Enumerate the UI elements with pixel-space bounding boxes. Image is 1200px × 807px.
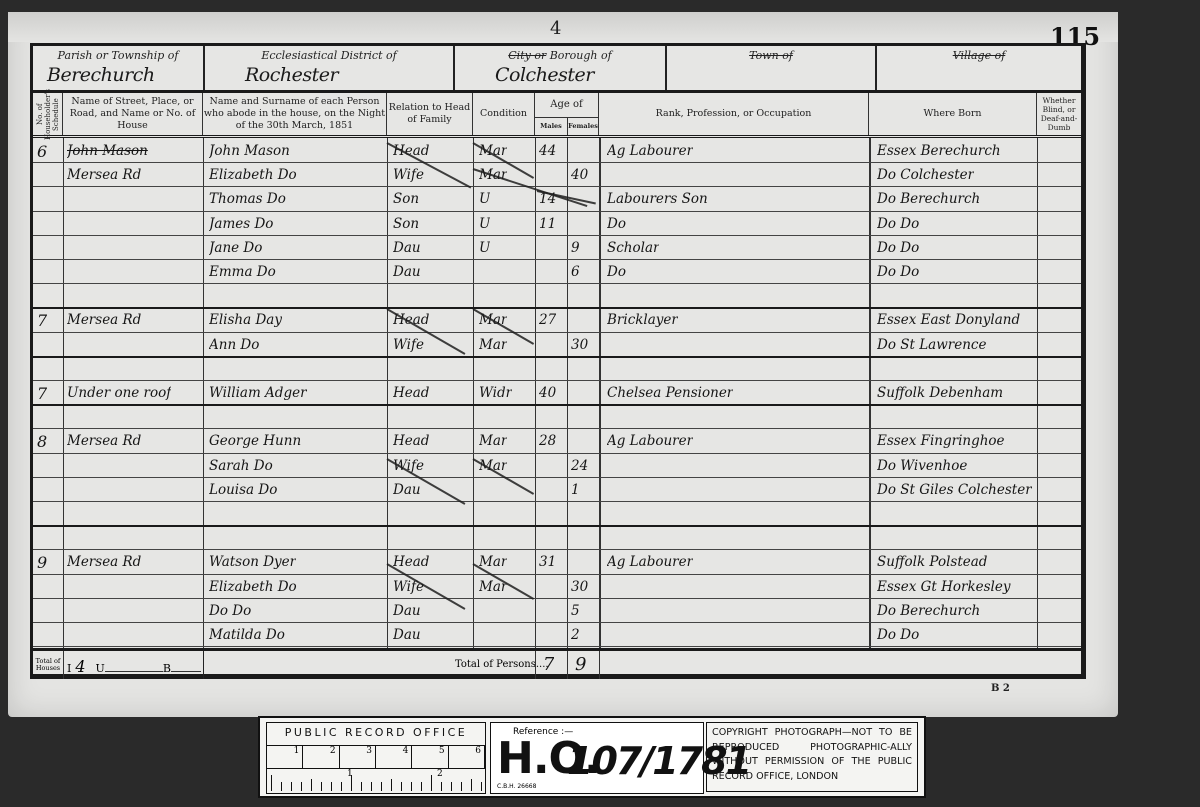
ruler-inch: 1 2 (267, 769, 485, 793)
male-age-cell: 11 (539, 214, 556, 235)
census-rows: 6John MasonJohn MasonHeadMar44Ag Laboure… (33, 138, 1081, 648)
sheet-top-edge (8, 12, 1118, 42)
ruler-tick (481, 782, 482, 791)
street-cell: Mersea Rd (67, 165, 141, 186)
table-row: Do DoDau5Do Berechurch (33, 598, 1081, 623)
table-row (33, 356, 1081, 381)
pro-label-strip: PUBLIC RECORD OFFICE 123456 1 2 Referenc… (258, 716, 926, 798)
condition-cell: Mar (479, 431, 507, 452)
census-sheet: 4 115 Parish or Township of Berechurch E… (8, 12, 1118, 717)
header-relation: Relation to Head of Family (387, 93, 473, 135)
schedule-cell: 7 (37, 310, 47, 331)
schedule-cell: 7 (37, 383, 47, 404)
name-cell: Watson Dyer (209, 552, 296, 573)
table-row: Elizabeth DoWifeMar30Essex Gt Horkesley (33, 574, 1081, 599)
ruler-tick (331, 782, 332, 791)
ruler-tick (461, 782, 462, 791)
reference-cbh: C.B.H. 26668 (497, 783, 536, 790)
ruler-tick (301, 782, 302, 791)
relation-cell: Dau (393, 601, 421, 622)
table-row: 7Mersea RdElisha DayHeadMar27BricklayerE… (33, 307, 1081, 332)
condition-cell: Mar (479, 335, 507, 356)
ruler-tick (381, 782, 382, 791)
ruler-tick (271, 775, 272, 791)
parish-label: Parish or Township of (33, 49, 203, 62)
parish-value: Berechurch (47, 64, 155, 86)
occupation-cell: Do (607, 214, 626, 235)
header-males: Males (535, 117, 568, 135)
schedule-cell: 6 (37, 141, 47, 162)
ruler-tick (341, 782, 342, 791)
ruler-tick (311, 779, 312, 791)
ruler-tick (291, 782, 292, 791)
born-cell: Do Do (877, 214, 919, 235)
born-cell: Do St Lawrence (877, 335, 986, 356)
male-age-cell: 27 (539, 310, 556, 331)
houses-count: I4UB (67, 657, 201, 676)
pro-title: PUBLIC RECORD OFFICE (267, 726, 485, 739)
name-cell: Thomas Do (209, 189, 286, 210)
ruler-tick (281, 782, 282, 791)
table-row: Mersea RdElizabeth DoWifeMar40Do Colches… (33, 162, 1081, 187)
table-row: Ann DoWifeMar30Do St Lawrence (33, 332, 1081, 358)
born-cell: Suffolk Debenham (877, 383, 1003, 404)
table-row: 7Under one roofWilliam AdgerHeadWidr40Ch… (33, 380, 1081, 406)
male-age-cell: 31 (539, 552, 556, 573)
name-cell: Elisha Day (209, 310, 282, 331)
street-cell: Mersea Rd (67, 431, 141, 452)
header-name: Name and Surname of each Person who abod… (203, 93, 387, 135)
female-age-cell: 9 (571, 238, 580, 259)
occupation-cell: Chelsea Pensioner (607, 383, 733, 404)
street-cell: Mersea Rd (67, 552, 141, 573)
female-age-cell: 40 (571, 165, 588, 186)
relation-cell: Wife (393, 335, 424, 356)
born-cell: Do St Giles Colchester (877, 480, 1032, 501)
header-blind: Whether Blind, or Deaf-and-Dumb (1037, 93, 1081, 135)
header-females: Females (567, 117, 599, 135)
relation-cell: Head (393, 431, 429, 452)
condition-cell: U (479, 238, 490, 259)
table-row: Thomas DoSonU14Labourers SonDo Berechurc… (33, 186, 1081, 211)
ruler-tick (411, 782, 412, 791)
village-cell: Village of (877, 46, 1081, 90)
female-age-cell: 2 (571, 625, 580, 646)
schedule-cell: 8 (37, 431, 47, 452)
table-row (33, 501, 1081, 527)
header-occupation: Rank, Profession, or Occupation (599, 93, 869, 135)
pro-ruler: PUBLIC RECORD OFFICE 123456 1 2 (266, 722, 486, 794)
pro-reference: Reference :— H.O. 107/1781 C.B.H. 26668 (490, 722, 704, 794)
table-row: Jane DoDauU9ScholarDo Do (33, 235, 1081, 260)
table-row (33, 404, 1081, 429)
street-cell: Under one roof (67, 383, 171, 404)
born-cell: Essex Berechurch (877, 141, 1001, 162)
table-row: Sarah DoWifeMar24Do Wivenhoe (33, 453, 1081, 478)
ruler-tick (371, 782, 372, 791)
schedule-cell: 9 (37, 552, 47, 573)
table-row (33, 525, 1081, 550)
female-age-cell: 30 (571, 335, 588, 356)
ruler-tick (431, 775, 432, 791)
born-cell: Suffolk Polstead (877, 552, 987, 573)
male-age-cell: 28 (539, 431, 556, 452)
relation-cell: Dau (393, 625, 421, 646)
born-cell: Essex Fingringhoe (877, 431, 1005, 452)
condition-cell: U (479, 189, 490, 210)
occupation-cell: Ag Labourer (607, 141, 693, 162)
relation-cell: Son (393, 214, 419, 235)
ruler-tick (321, 782, 322, 791)
table-row: 9Mersea RdWatson DyerHeadMar31Ag Laboure… (33, 549, 1081, 574)
header-street: Name of Street, Place, or Road, and Name… (63, 93, 203, 135)
location-row: Parish or Township of Berechurch Ecclesi… (33, 46, 1081, 93)
street-cell: Mersea Rd (67, 310, 141, 331)
born-cell: Do Colchester (877, 165, 974, 186)
name-cell: Emma Do (209, 262, 276, 283)
born-cell: Do Berechurch (877, 601, 980, 622)
copyright-notice: COPYRIGHT PHOTOGRAPH—NOT TO BE REPRODUCE… (706, 722, 918, 792)
female-age-cell: 5 (571, 601, 580, 622)
condition-cell: Widr (479, 383, 512, 404)
totals-row: Total of Houses I4UB Total of Persons...… (33, 648, 1081, 679)
born-cell: Do Do (877, 262, 919, 283)
column-header-row: No. of Householder's Schedule Name of St… (33, 93, 1081, 138)
ruler-tick (351, 775, 352, 791)
header-where-born: Where Born (869, 93, 1037, 135)
village-label: Village of (877, 49, 1081, 62)
table-row: 6John MasonJohn MasonHeadMar44Ag Laboure… (33, 138, 1081, 163)
name-cell: Elizabeth Do (209, 577, 297, 598)
occupation-cell: Ag Labourer (607, 431, 693, 452)
table-row: 8Mersea RdGeorge HunnHeadMar28Ag Laboure… (33, 428, 1081, 453)
ruler-tick (391, 779, 392, 791)
female-age-cell: 30 (571, 577, 588, 598)
town-cell: Town of (667, 46, 877, 90)
born-cell: Do Wivenhoe (877, 456, 967, 477)
occupation-cell: Ag Labourer (607, 552, 693, 573)
ruler-tick (421, 782, 422, 791)
occupation-cell: Labourers Son (607, 189, 708, 210)
born-cell: Essex East Donyland (877, 310, 1020, 331)
name-cell: John Mason (209, 141, 290, 162)
header-age-of: Age of (535, 93, 598, 118)
born-cell: Do Berechurch (877, 189, 980, 210)
male-age-cell: 44 (539, 141, 556, 162)
born-cell: Do Do (877, 238, 919, 259)
relation-cell: Head (393, 141, 429, 162)
page-number: 4 (550, 18, 561, 39)
name-cell: Jane Do (209, 238, 262, 259)
total-females: 9 (575, 655, 586, 674)
ruler-tick (361, 782, 362, 791)
header-age: Age of Males Females (535, 93, 599, 135)
street-cell: John Mason (67, 141, 148, 162)
born-cell: Do Do (877, 625, 919, 646)
occupation-cell: Do (607, 262, 626, 283)
relation-cell: Dau (393, 480, 421, 501)
relation-cell: Dau (393, 262, 421, 283)
name-cell: Elizabeth Do (209, 165, 297, 186)
occupation-cell: Scholar (607, 238, 659, 259)
table-row: Emma DoDau6DoDo Do (33, 259, 1081, 284)
relation-cell: Son (393, 189, 419, 210)
relation-cell: Dau (393, 238, 421, 259)
ruler-tick (471, 779, 472, 791)
ruler-tick (441, 782, 442, 791)
name-cell: William Adger (209, 383, 307, 404)
eccl-value: Rochester (245, 64, 338, 86)
occupation-cell: Bricklayer (607, 310, 678, 331)
census-form: Parish or Township of Berechurch Ecclesi… (30, 43, 1086, 679)
parish-cell: Parish or Township of Berechurch (33, 46, 205, 90)
borough-cell: City or Borough of Colchester (455, 46, 667, 90)
name-cell: Do Do (209, 601, 251, 622)
relation-cell: Head (393, 383, 429, 404)
female-age-cell: 24 (571, 456, 588, 477)
name-cell: Ann Do (209, 335, 259, 356)
town-label: Town of (667, 49, 875, 62)
ruler-cm: 123456 (267, 745, 485, 769)
eccl-cell: Ecclesiastical District of Rochester (205, 46, 455, 90)
ruler-tick (451, 782, 452, 791)
sheet-mark: B 2 (991, 683, 1010, 694)
table-row (33, 283, 1081, 309)
table-row: Louisa DoDau1Do St Giles Colchester (33, 477, 1081, 502)
ruler-tick (401, 782, 402, 791)
female-age-cell: 1 (571, 480, 580, 501)
borough-value: Colchester (495, 64, 594, 86)
header-condition: Condition (473, 93, 535, 135)
name-cell: Matilda Do (209, 625, 285, 646)
condition-cell: U (479, 214, 490, 235)
relation-cell: Wife (393, 165, 424, 186)
total-houses-label: Total of Houses (33, 651, 64, 679)
born-cell: Essex Gt Horkesley (877, 577, 1011, 598)
eccl-label: Ecclesiastical District of (205, 49, 453, 62)
name-cell: Sarah Do (209, 456, 273, 477)
header-schedule: No. of Householder's Schedule (33, 93, 63, 135)
relation-cell: Wife (393, 577, 424, 598)
name-cell: Louisa Do (209, 480, 277, 501)
name-cell: George Hunn (209, 431, 301, 452)
female-age-cell: 6 (571, 262, 580, 283)
total-males: 7 (543, 655, 554, 674)
table-row: James DoSonU11DoDo Do (33, 211, 1081, 236)
inhabited-value: 4 (75, 657, 85, 676)
male-age-cell: 40 (539, 383, 556, 404)
name-cell: James Do (209, 214, 273, 235)
table-row: Matilda DoDau2Do Do (33, 622, 1081, 647)
borough-label: City or Borough of (455, 49, 665, 62)
